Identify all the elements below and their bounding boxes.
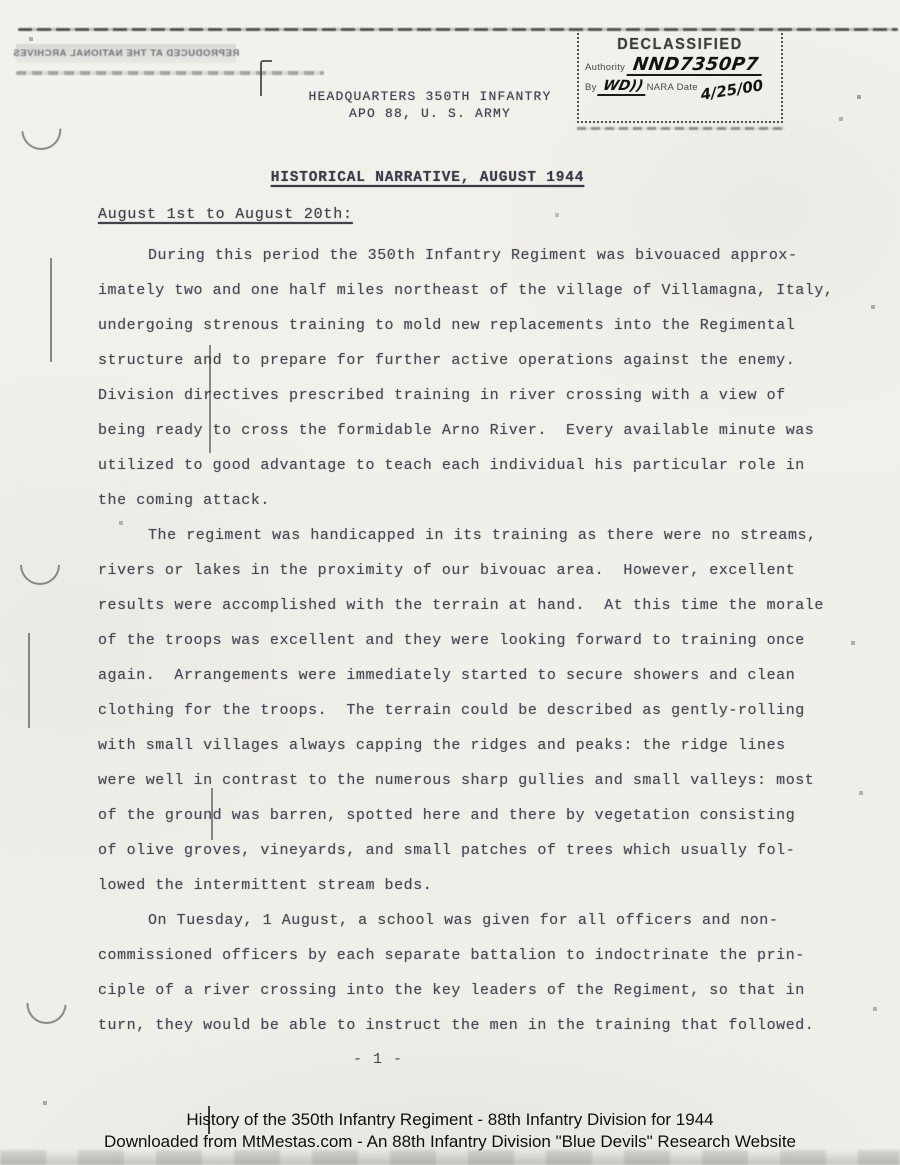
scan-artifact-line bbox=[28, 633, 30, 728]
typed-text-line: undergoing strenous training to mold new… bbox=[98, 317, 868, 352]
typed-text-line: of the troops was excellent and they wer… bbox=[98, 632, 868, 667]
stamp-bottom-smudge bbox=[577, 127, 785, 130]
footer-caption-line2: Downloaded from MtMestas.com - An 88th I… bbox=[0, 1132, 900, 1152]
typed-text-line: On Tuesday, 1 August, a school was given… bbox=[98, 912, 868, 947]
declassified-authority-row: Authority NND7350P7 bbox=[579, 55, 781, 76]
typed-text-line: commissioned officers by each separate b… bbox=[98, 947, 868, 982]
by-handwritten-signature: WD)) bbox=[597, 78, 649, 96]
scan-artifact-line bbox=[209, 345, 211, 453]
scan-edge-line bbox=[18, 28, 898, 31]
page-number: - 1 - bbox=[318, 1051, 438, 1068]
declassified-by-row: By WD)) NARA Date 4/25/00 bbox=[579, 78, 781, 96]
letterhead-line1: HEADQUARTERS 350TH INFANTRY bbox=[270, 88, 590, 105]
footer-caption-line1: History of the 350th Infantry Regiment -… bbox=[0, 1110, 900, 1130]
section-heading-text: August 1st to August 20th: bbox=[98, 206, 353, 223]
scan-artifact-line bbox=[50, 258, 52, 362]
nara-date-handwritten-value: 4/25/00 bbox=[699, 77, 764, 103]
authority-handwritten-value: NND7350P7 bbox=[627, 55, 765, 76]
typed-text-line: structure and to prepare for further act… bbox=[98, 352, 868, 387]
typed-text-line: The regiment was handicapped in its trai… bbox=[98, 527, 868, 562]
scan-specks bbox=[0, 0, 2, 2]
scan-bottom-smudge bbox=[0, 1150, 900, 1165]
typed-text-line: rivers or lakes in the proximity of our … bbox=[98, 562, 868, 597]
declassified-stamp-title: DECLASSIFIED bbox=[579, 37, 781, 54]
typed-text-line: of olive groves, vineyards, and small pa… bbox=[98, 842, 868, 877]
stamp-smudge-line bbox=[16, 71, 324, 75]
punch-hole-bottom bbox=[26, 1003, 67, 1025]
typed-text-line: clothing for the troops. The terrain cou… bbox=[98, 702, 868, 737]
typed-text-line: imately two and one half miles northeast… bbox=[98, 282, 868, 317]
letterhead-line2: APO 88, U. S. ARMY bbox=[270, 105, 590, 122]
typed-text-line: utilized to good advantage to teach each… bbox=[98, 457, 868, 492]
paragraph-3: On Tuesday, 1 August, a school was given… bbox=[98, 912, 868, 1052]
typed-text-line: again. Arrangements were immediately sta… bbox=[98, 667, 868, 702]
authority-label: Authority bbox=[585, 62, 625, 76]
typed-text-line: of the ground was barren, spotted here a… bbox=[98, 807, 868, 842]
paragraph-2: The regiment was handicapped in its trai… bbox=[98, 527, 868, 912]
punch-hole-middle bbox=[20, 565, 60, 585]
typed-text-line: turn, they would be able to instruct the… bbox=[98, 1017, 868, 1052]
typed-text-line: the coming attack. bbox=[98, 492, 868, 527]
document-title-text: HISTORICAL NARRATIVE, AUGUST 1944 bbox=[271, 170, 585, 186]
typed-text-line: with small villages always capping the r… bbox=[98, 737, 868, 772]
document-title: HISTORICAL NARRATIVE, AUGUST 1944 bbox=[230, 170, 625, 186]
typed-text-line: Division directives prescribed training … bbox=[98, 387, 868, 422]
letterhead: HEADQUARTERS 350TH INFANTRY APO 88, U. S… bbox=[270, 88, 590, 122]
typed-text-line: results were accomplished with the terra… bbox=[98, 597, 868, 632]
declassified-stamp: DECLASSIFIED Authority NND7350P7 By WD))… bbox=[577, 33, 783, 123]
by-label: By bbox=[585, 82, 597, 96]
section-heading: August 1st to August 20th: bbox=[98, 206, 353, 223]
typed-text-line: were well in contrast to the numerous sh… bbox=[98, 772, 868, 807]
archives-stamp-mirrored: REPRODUCED AT THE NATIONAL ARCHIVES bbox=[16, 44, 236, 63]
scan-artifact-line bbox=[211, 788, 213, 840]
typed-text-line: lowed the intermittent stream beds. bbox=[98, 877, 868, 912]
typed-text-line: ciple of a river crossing into the key l… bbox=[98, 982, 868, 1017]
nara-date-label: NARA Date bbox=[647, 82, 698, 96]
typed-text-line: being ready to cross the formidable Arno… bbox=[98, 422, 868, 457]
scanned-document-page: REPRODUCED AT THE NATIONAL ARCHIVES HEAD… bbox=[0, 0, 900, 1165]
scan-artifact-line bbox=[208, 1106, 210, 1134]
paragraph-1: During this period the 350th Infantry Re… bbox=[98, 247, 868, 527]
footer-caption: History of the 350th Infantry Regiment -… bbox=[0, 1110, 900, 1152]
typed-text-line: During this period the 350th Infantry Re… bbox=[98, 247, 868, 282]
punch-hole-top bbox=[21, 129, 62, 152]
